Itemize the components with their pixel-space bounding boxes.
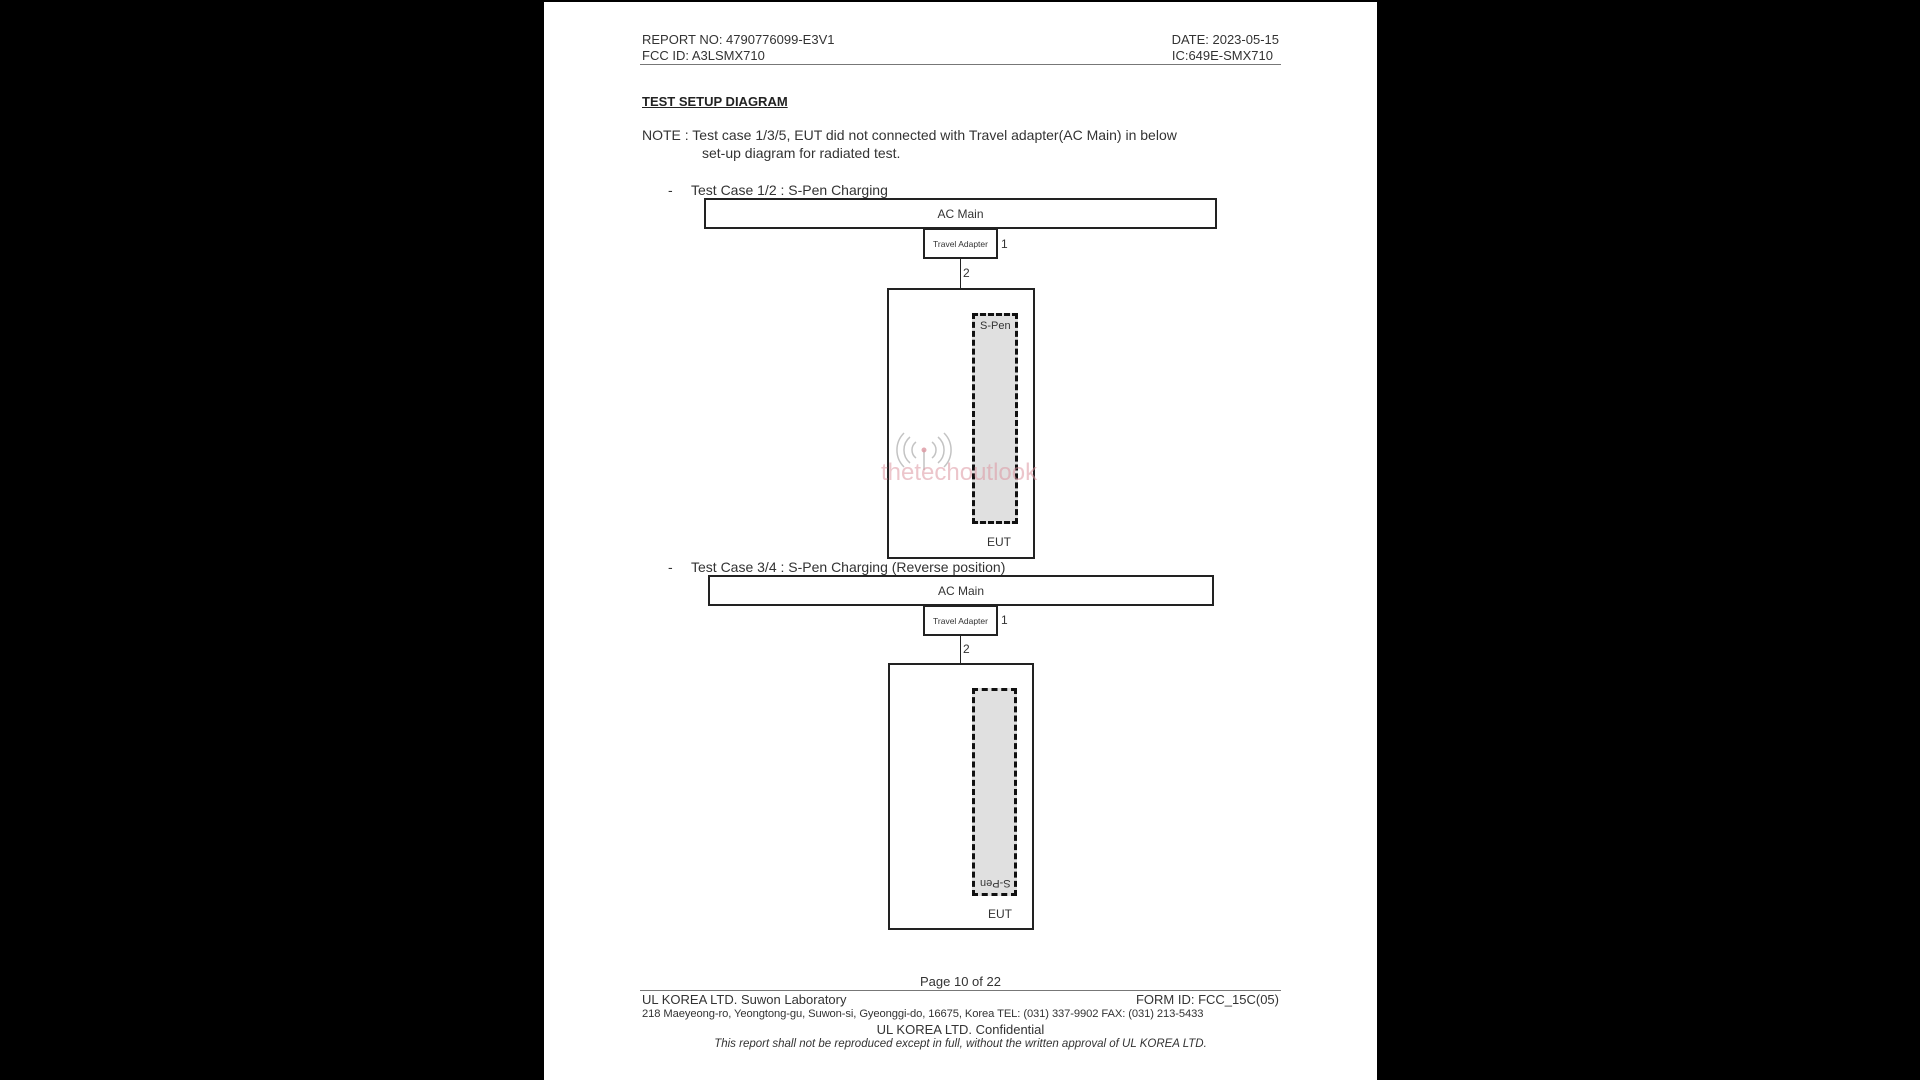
report-date: DATE: 2023-05-15: [1172, 32, 1279, 47]
cable-line: [960, 259, 961, 289]
eut-box: S-Pen EUT: [887, 288, 1035, 559]
footer-disclaimer: This report shall not be reproduced exce…: [544, 1038, 1377, 1050]
travel-adapter-box: Travel Adapter: [923, 605, 998, 636]
eut-label: EUT: [988, 907, 1012, 921]
watermark-text: thetechoutlook: [881, 459, 1037, 487]
footer-form-id: FORM ID: FCC_15C(05): [1136, 992, 1279, 1007]
port-label-1: 1: [1001, 237, 1008, 251]
port-label-2: 2: [963, 642, 970, 656]
eut-label: EUT: [987, 535, 1011, 549]
port-label-1: 1: [1001, 613, 1008, 627]
eut-box: S-Pen EUT: [888, 663, 1034, 930]
footer-address: 218 Maeyeong-ro, Yeongtong-gu, Suwon-si,…: [642, 1008, 1203, 1020]
ac-main-box: AC Main: [708, 575, 1214, 606]
ac-main-box: AC Main: [704, 198, 1217, 229]
bullet: -: [668, 182, 673, 199]
note-line-1: NOTE : Test case 1/3/5, EUT did not conn…: [642, 127, 1177, 144]
header-rule: [640, 64, 1281, 65]
report-number: REPORT NO: 4790776099-E3V1: [642, 32, 834, 47]
ic-id: IC:649E-SMX710: [1172, 48, 1273, 63]
note-line-2: set-up diagram for radiated test.: [702, 145, 900, 162]
s-pen-slot: S-Pen: [972, 688, 1017, 896]
bullet: -: [668, 559, 673, 576]
fcc-id: FCC ID: A3LSMX710: [642, 48, 765, 63]
section-title: TEST SETUP DIAGRAM: [642, 94, 788, 109]
travel-adapter-label: Travel Adapter: [925, 239, 996, 249]
footer-rule: [640, 990, 1281, 991]
document-page: REPORT NO: 4790776099-E3V1 FCC ID: A3LSM…: [544, 2, 1377, 1080]
diagram-label: Test Case 1/2 : S-Pen Charging: [691, 182, 888, 199]
travel-adapter-box: Travel Adapter: [923, 228, 998, 259]
ac-main-label: AC Main: [710, 584, 1212, 598]
travel-adapter-label: Travel Adapter: [925, 616, 996, 626]
diagram-label: Test Case 3/4 : S-Pen Charging (Reverse …: [691, 559, 1005, 576]
page-number: Page 10 of 22: [544, 974, 1377, 989]
footer-confidential: UL KOREA LTD. Confidential: [544, 1022, 1377, 1037]
ac-main-label: AC Main: [706, 207, 1215, 221]
port-label-2: 2: [963, 266, 970, 280]
cable-line: [960, 636, 961, 664]
s-pen-label-reversed: S-Pen: [980, 877, 1011, 889]
footer-company: UL KOREA LTD. Suwon Laboratory: [642, 992, 846, 1007]
s-pen-label: S-Pen: [980, 320, 1011, 332]
s-pen-slot: S-Pen: [972, 313, 1018, 524]
